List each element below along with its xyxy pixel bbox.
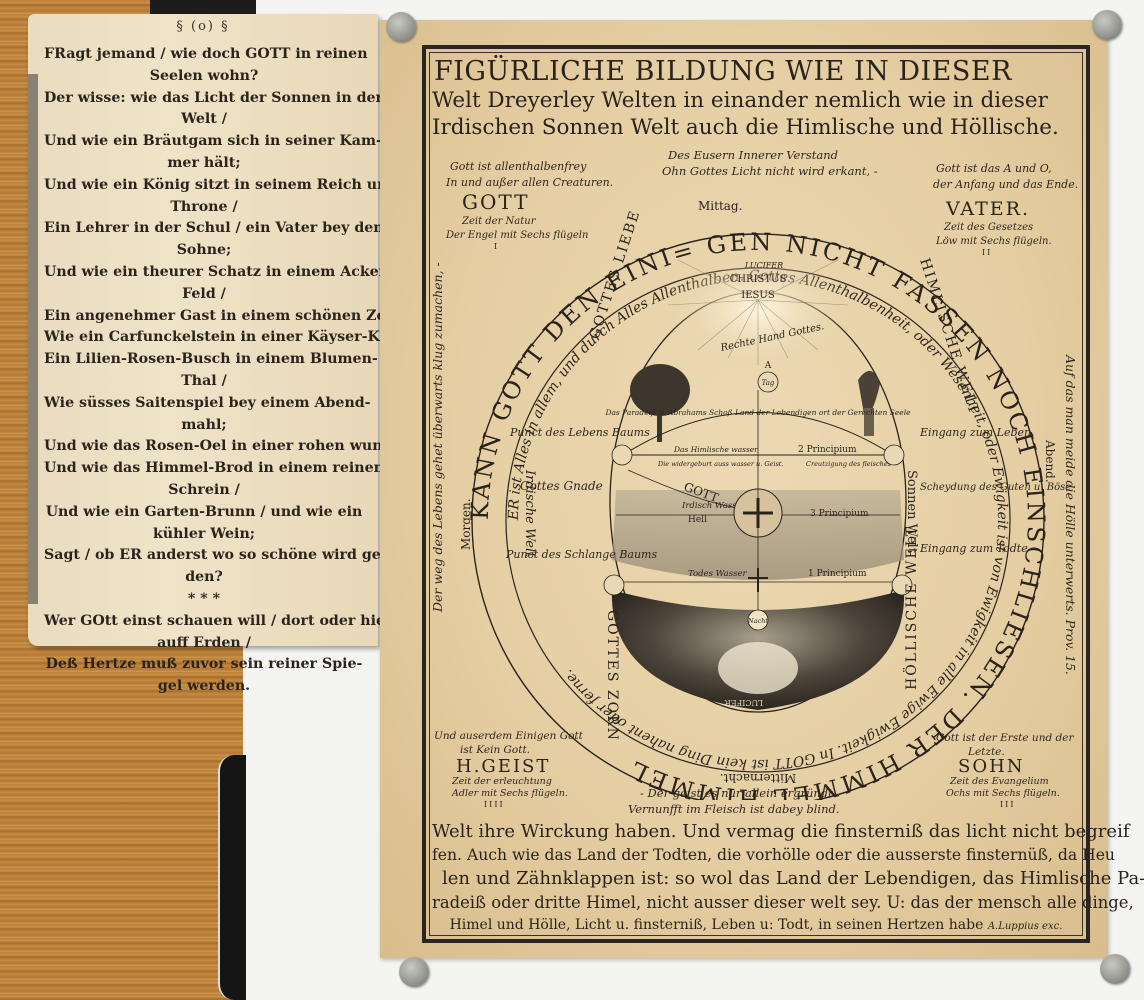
compass-mitternacht: Mitternacht. — [720, 771, 797, 785]
poem-line: Sagt / ob ER anderst wo so schöne wird g… — [44, 545, 364, 567]
side-left-3: Punct des Schlange Baums — [505, 548, 657, 561]
poem-line: Ein Lehrer in der Schul / ein Vater bey … — [44, 218, 364, 240]
poem-line: FRagt jemand / wie doch GOTT in reinen — [44, 44, 364, 66]
compass-morgen: Morgen. — [459, 498, 473, 550]
side-left-2: Gottes Gnade — [520, 479, 603, 493]
gottes-zorn-label: GOTTES ZORN — [604, 610, 620, 742]
title-line-2: Welt Dreyerley Welten in einander nemlic… — [430, 87, 1080, 114]
top-verse-line-2: Ohn Gottes Licht nicht wird erkant, - — [662, 164, 878, 178]
death-water-label: Todes Wasser — [688, 569, 747, 579]
sohn-numeral: III — [1000, 800, 1015, 809]
cosmology-diagram: KANN GOTT DEN EINI= GEN NICHT FASSEN NOC… — [438, 190, 1078, 800]
node-upper-right — [884, 445, 904, 465]
bottom-verse-line-2: Vernunfft im Fleisch ist dabey blind. — [628, 802, 840, 816]
node-lower-left — [604, 575, 624, 595]
rebirth-label: Die widergeburt auss wasser u. Geist. — [657, 460, 783, 468]
hell-fire-glow — [718, 642, 798, 694]
page-number: § (o) § — [28, 19, 378, 34]
heaven-water-label: Das Himlische wasser — [673, 445, 758, 454]
vater-note-1: Gott ist das A und O, — [936, 162, 1052, 175]
pin-top-right — [1092, 10, 1122, 40]
bottom-text-block: Welt ihre Wirckung haben. Und vermag die… — [432, 820, 1080, 939]
poem-line: gel werden. — [44, 676, 364, 698]
poem-text: FRagt jemand / wie doch GOTT in reinen S… — [44, 44, 364, 698]
bottom-text-line: len und Zähnklappen ist: so wol das Land… — [432, 867, 1080, 891]
poem-line: Wie ein Carfunckelstein in einer Käyser-… — [44, 327, 364, 349]
poem-line: Der wisse: wie das Licht der Sonnen in d… — [44, 88, 364, 110]
side-right-1: Eingang zum Leben. — [919, 426, 1035, 439]
angel-icon — [858, 371, 880, 436]
bottom-text-line: radeiß oder dritte Himel, nicht ausser d… — [432, 891, 1080, 915]
pin-top-left — [386, 12, 416, 42]
poem-line: Und wie das Rosen-Oel in einer rohen wun… — [44, 436, 364, 458]
node-upper-left — [612, 445, 632, 465]
gott-note-1: Gott ist allenthalbenfrey — [450, 160, 586, 173]
poem-line: Und wie ein Bräutgam sich in seiner Kam- — [44, 131, 364, 153]
tag-label: Tag — [762, 379, 775, 387]
poem-line: mahl; — [44, 415, 364, 437]
poem-line: Und wie ein König sitzt in seinem Reich … — [44, 175, 364, 197]
poem-line: Und wie ein Garten-Brunn / und wie ein — [44, 502, 364, 524]
title-line-1: FIGÜRLICHE BILDUNG WIE IN DIESER — [430, 56, 1080, 87]
pin-bottom-right — [1100, 954, 1130, 984]
poem-line: Welt / — [44, 109, 364, 131]
engraver-signature: A.Luppius exc. — [988, 921, 1063, 932]
hell-label: Hell — [688, 515, 707, 525]
poem-line: Feld / — [44, 284, 364, 306]
poem-line: Und wie ein theurer Schatz in einem Acke… — [44, 262, 364, 284]
black-card-bottom — [218, 755, 246, 1000]
bottom-text-last: Himel und Hölle, Licht u. finsterniß, Le… — [432, 914, 1080, 939]
compass-mittag: Mittag. — [698, 199, 742, 213]
title-line-3: Irdischen Sonnen Welt auch die Himlische… — [430, 114, 1080, 141]
nacht-label: Nacht — [747, 617, 768, 625]
engraving-title: FIGÜRLICHE BILDUNG WIE IN DIESER Welt Dr… — [430, 56, 1080, 141]
christus-label: CHRISTUS — [730, 274, 787, 285]
pin-bottom-left — [399, 957, 429, 987]
poem-line: Schrein / — [44, 480, 364, 502]
page-shadow-edge — [28, 74, 38, 604]
principium-3-label: 3 Principium — [810, 509, 869, 519]
poem-line: Seelen wohn? — [44, 66, 364, 88]
side-right-3: Eingang zum Todte — [919, 542, 1028, 555]
poem-line: * * * — [44, 589, 364, 611]
poem-line: auff Erden / — [44, 633, 364, 655]
side-left-1: Punct des Lebens Baums — [509, 426, 650, 439]
gott-note-2: In und außer allen Creaturen. — [446, 176, 613, 189]
poem-line: Und wie das Himmel-Brod in einem reinen — [44, 458, 364, 480]
poem-line: mer hält; — [44, 153, 364, 175]
poem-page: § (o) § FRagt jemand / wie doch GOTT in … — [28, 14, 378, 646]
poem-line: Wie süsses Saitenspiel bey einem Abend- — [44, 393, 364, 415]
crucifixion-label: Creutzigung des fleisches — [806, 460, 892, 468]
poem-line: den? — [44, 567, 364, 589]
poem-line: Ein angenehmer Gast in einem schönen Zel… — [44, 306, 364, 328]
poem-line: Wer GOtt einst schauen will / dort oder … — [44, 611, 364, 633]
poem-line: Deß Hertze muß zuvor sein reiner Spie- — [44, 654, 364, 676]
iesus-label: IESUS — [741, 290, 775, 301]
principium-2-label: 2 Principium — [798, 445, 857, 455]
poem-line: Sohne; — [44, 240, 364, 262]
poem-line: Throne / — [44, 197, 364, 219]
poem-line: Ein Lilien-Rosen-Busch in einem Blumen- — [44, 349, 364, 371]
hollische-welt-label: HÖLLISCHE WELT — [902, 525, 920, 690]
principium-1-label: 1 Principium — [808, 569, 867, 579]
top-verse-line-1: Des Eusern Innerer Verstand — [668, 148, 838, 162]
compass-abend: Abend. — [1043, 439, 1057, 483]
bottom-text-line: fen. Auch wie das Land der Todten, die v… — [432, 844, 1080, 868]
bottom-text-line: Himel und Hölle, Licht u. finsterniß, Le… — [450, 917, 984, 933]
lucifer-label: LUCIFER — [744, 261, 783, 270]
side-right-2: Scheydung des Guten u. Böse — [920, 482, 1071, 493]
bottom-text-line: Welt ihre Wirckung haben. Und vermag die… — [432, 820, 1080, 844]
poem-line: kühler Wein; — [44, 524, 364, 546]
lucifer-bottom-label: LUCIFER — [724, 698, 763, 707]
letter-a: A — [764, 361, 772, 371]
geist-numeral: IIII — [484, 800, 505, 809]
poem-line: Thal / — [44, 371, 364, 393]
